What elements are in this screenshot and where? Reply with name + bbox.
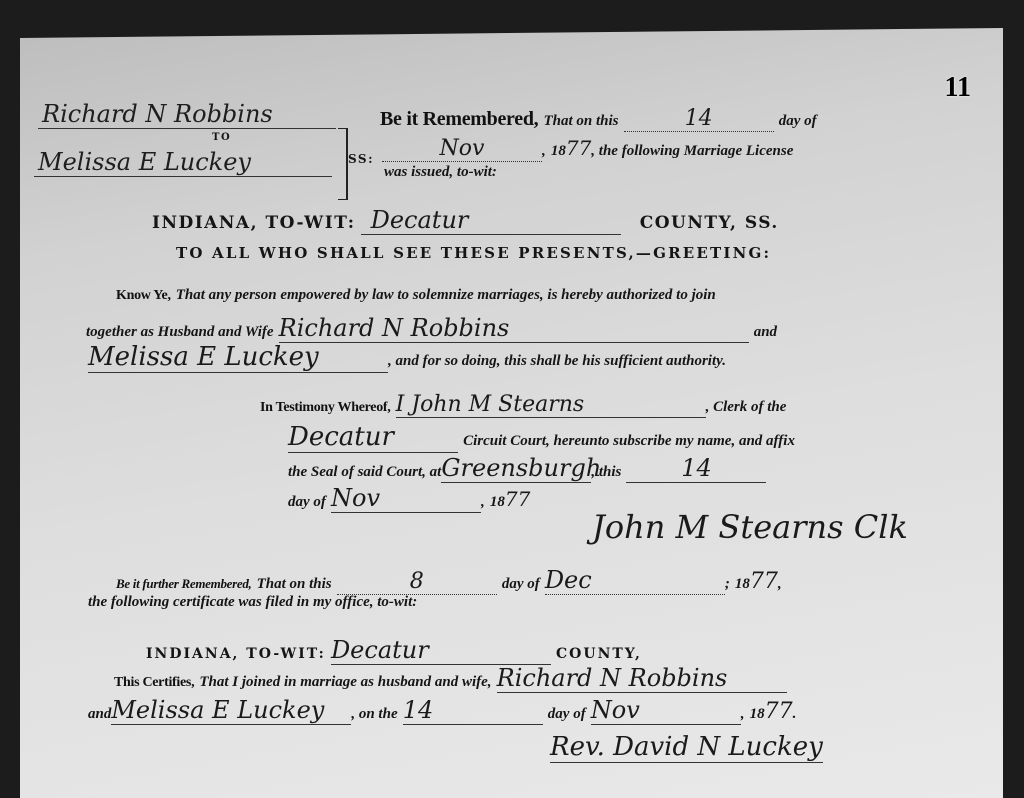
testimony-text-3: the Seal of said Court, at (288, 464, 441, 480)
testimony-lead: In Testimony Whereof, (260, 400, 390, 415)
further-month: Dec (545, 566, 725, 595)
testimony-place: Greensburgh (441, 454, 591, 483)
further-text-1: That on this (257, 576, 332, 592)
certificate-text-3: day of (548, 706, 586, 722)
certificate-lead: This Certifies, (114, 675, 194, 690)
state-label: INDIANA, TO-WIT: (152, 213, 356, 233)
further-day: 8 (337, 569, 497, 595)
remembered-line-1: Be it Remembered, That on this 14 day of (380, 106, 817, 132)
remembered-text-1: That on this (543, 113, 618, 129)
license-line-1: Know Ye, That any person empowered by la… (116, 284, 716, 304)
state-county-label: COUNTY, SS. (640, 213, 779, 233)
remembered-month: Nov (382, 136, 542, 162)
further-line-1: Be it further Remembered, That on this 8… (116, 566, 782, 595)
testimony-text-4: , this (591, 464, 621, 480)
further-year-prefix: 18 (735, 576, 750, 592)
certificate-text-1: That I joined in marriage as husband and… (199, 674, 491, 690)
license-line-2: together as Husband and Wife Richard N R… (86, 314, 777, 343)
testimony-line-4: day of Nov, 1877 (288, 484, 530, 513)
testimony-text-5: day of (288, 494, 326, 510)
officiant-signature: Rev. David N Luckey (550, 732, 823, 763)
testimony-year-prefix: 18 (490, 494, 505, 510)
testimony-text-2: Circuit Court, hereunto subscribe my nam… (463, 433, 795, 449)
certificate-day: 14 (403, 696, 543, 725)
remembered-lead: Be it Remembered, (380, 108, 538, 130)
certificate-month: Nov (591, 696, 741, 725)
remembered-year-prefix: 18 (551, 143, 566, 159)
license-text-2: together as Husband and Wife (86, 324, 274, 340)
certificate-county-label: COUNTY, (556, 646, 642, 662)
testimony-day: 14 (626, 454, 766, 483)
clerk-signature: John M Stearns Clk (592, 508, 908, 546)
testimony-line-3: the Seal of said Court, atGreensburgh, t… (288, 454, 766, 483)
remembered-text-3: , the following Marriage License (591, 143, 793, 159)
certificate-state-line: INDIANA, TO-WIT: Decatur COUNTY, (146, 636, 642, 665)
testimony-text-1: , Clerk of the (706, 399, 787, 415)
certificate-year-prefix: 18 (750, 706, 765, 722)
certificate-and: and (88, 706, 111, 722)
license-lead: Know Ye, (116, 288, 171, 303)
further-text-3: the following certificate was filed in m… (88, 594, 417, 611)
header-bracket (338, 128, 348, 200)
further-lead: Be it further Remembered, (116, 576, 252, 591)
state-county: Decatur (361, 206, 621, 235)
header-to-label: TO (212, 132, 231, 143)
remembered-year-suffix: 77 (566, 136, 591, 160)
certificate-line-2: andMelissa E Luckey, on the 14 day of No… (88, 696, 796, 725)
remembered-day: 14 (624, 106, 774, 132)
license-text-1: That any person empowered by law to sole… (176, 287, 716, 303)
greeting: TO ALL WHO SHALL SEE THESE PRESENTS,—GRE… (176, 244, 771, 262)
remembered-text-2: day of (779, 113, 817, 129)
license-line-3: Melissa E Luckey, and for so doing, this… (88, 342, 726, 373)
state-line: INDIANA, TO-WIT: Decatur COUNTY, SS. (152, 206, 779, 235)
testimony-line-1: In Testimony Whereof, I John M Stearns, … (260, 392, 786, 418)
further-text-2: day of (502, 576, 540, 592)
certificate-line-1: This Certifies, That I joined in marriag… (114, 664, 787, 693)
license-groom: Richard N Robbins (279, 314, 749, 343)
certificate-state: INDIANA, TO-WIT: (146, 646, 326, 662)
further-year-suffix: 77 (750, 569, 778, 594)
testimony-month: Nov (331, 484, 481, 513)
remembered-line-2: Nov, 1877, the following Marriage Licens… (382, 136, 793, 162)
testimony-county: Decatur (288, 422, 458, 453)
testimony-year-suffix: 77 (505, 487, 530, 511)
certificate-groom: Richard N Robbins (497, 664, 787, 693)
remembered-text-4: was issued, to-wit: (384, 164, 497, 181)
certificate-bride: Melissa E Luckey (111, 696, 351, 725)
testimony-line-2: Decatur Circuit Court, hereunto subscrib… (288, 422, 795, 453)
certificate-text-2: , on the (351, 706, 397, 722)
license-text-3: , and for so doing, this shall be his su… (388, 353, 726, 369)
marriage-license-page: 11 Richard N Robbins TO Melissa E Luckey… (20, 28, 1003, 798)
license-bride: Melissa E Luckey (88, 342, 388, 373)
header-bride-name: Melissa E Luckey (34, 148, 332, 177)
license-and: and (754, 324, 777, 340)
certificate-year-suffix: 77 (765, 699, 793, 724)
header-ss-label: SS: (348, 152, 374, 166)
header-groom-name: Richard N Robbins (38, 100, 336, 129)
certificate-county: Decatur (331, 636, 551, 665)
testimony-clerk: I John M Stearns (396, 392, 706, 418)
page-number: 11 (945, 72, 971, 104)
